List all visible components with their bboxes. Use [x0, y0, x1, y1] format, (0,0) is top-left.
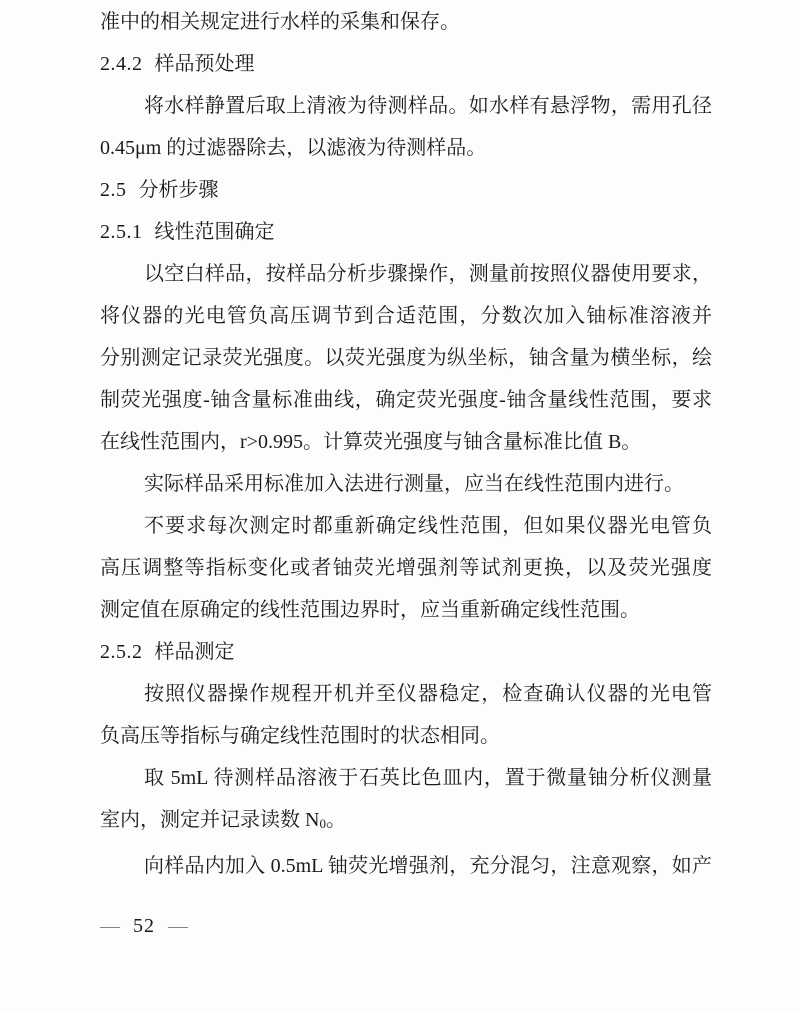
- paragraph-line: 将仪器的光电管负高压调节到合适范围，分数次加入铀标准溶液并: [100, 295, 712, 337]
- text-line-continuation: 准中的相关规定进行水样的采集和保存。: [100, 1, 712, 43]
- footer-left-dash: —: [100, 915, 120, 937]
- heading-title: 样品预处理: [155, 53, 255, 75]
- heading-number: 2.5.1: [100, 221, 143, 243]
- paragraph-line: 0.45μm 的过滤器除去，以滤液为待测样品。: [100, 127, 712, 169]
- paragraph-line: 按照仪器操作规程开机并至仪器稳定，检查确认仪器的光电管: [100, 673, 712, 715]
- paragraph-line: 将水样静置后取上清液为待测样品。如水样有悬浮物，需用孔径: [100, 85, 712, 127]
- paragraph-line: 不要求每次测定时都重新确定线性范围，但如果仪器光电管负: [100, 505, 712, 547]
- page-footer: —52—: [100, 912, 188, 940]
- paragraph-line: 实际样品采用标准加入法进行测量，应当在线性范围内进行。: [100, 463, 712, 505]
- reading-label-period: 。: [326, 809, 346, 831]
- paragraph-line: 向样品内加入 0.5mL 铀荧光增强剂，充分混匀，注意观察，如产: [100, 845, 712, 887]
- paragraph-line: 以空白样品，按样品分析步骤操作，测量前按照仪器使用要求，: [100, 253, 712, 295]
- paragraph-line: 负高压等指标与确定线性范围时的状态相同。: [100, 715, 712, 757]
- footer-right-dash: —: [168, 915, 188, 937]
- document-page: 准中的相关规定进行水样的采集和保存。 2.4.2样品预处理 将水样静置后取上清液…: [0, 0, 800, 1013]
- heading-number: 2.5.2: [100, 641, 143, 663]
- heading-2-4-2: 2.4.2样品预处理: [100, 43, 712, 85]
- paragraph-line: 测定值在原确定的线性范围边界时，应当重新确定线性范围。: [100, 589, 712, 631]
- heading-title: 线性范围确定: [155, 221, 275, 243]
- heading-title: 样品测定: [155, 641, 235, 663]
- page-number: 52: [133, 915, 155, 937]
- reading-label-text: 室内，测定并记录读数 N: [100, 809, 319, 831]
- paragraph-line: 高压调整等指标变化或者铀荧光增强剂等试剂更换，以及荧光强度: [100, 547, 712, 589]
- paragraph-line: 制荧光强度-铀含量标准曲线，确定荧光强度-铀含量线性范围，要求: [100, 379, 712, 421]
- heading-2-5: 2.5分析步骤: [100, 169, 712, 211]
- paragraph-line-with-subscript: 室内，测定并记录读数 N0。: [100, 799, 712, 845]
- heading-title: 分析步骤: [139, 179, 219, 201]
- paragraph-line: 分别测定记录荧光强度。以荧光强度为纵坐标，铀含量为横坐标，绘: [100, 337, 712, 379]
- page-text-block: 准中的相关规定进行水样的采集和保存。 2.4.2样品预处理 将水样静置后取上清液…: [100, 1, 712, 887]
- paragraph-line: 取 5mL 待测样品溶液于石英比色皿内，置于微量铀分析仪测量: [100, 757, 712, 799]
- heading-number: 2.4.2: [100, 53, 143, 75]
- heading-2-5-2: 2.5.2样品测定: [100, 631, 712, 673]
- heading-2-5-1: 2.5.1线性范围确定: [100, 211, 712, 253]
- heading-number: 2.5: [100, 179, 127, 201]
- paragraph-line: 在线性范围内，r>0.995。计算荧光强度与铀含量标准比值 B。: [100, 421, 712, 463]
